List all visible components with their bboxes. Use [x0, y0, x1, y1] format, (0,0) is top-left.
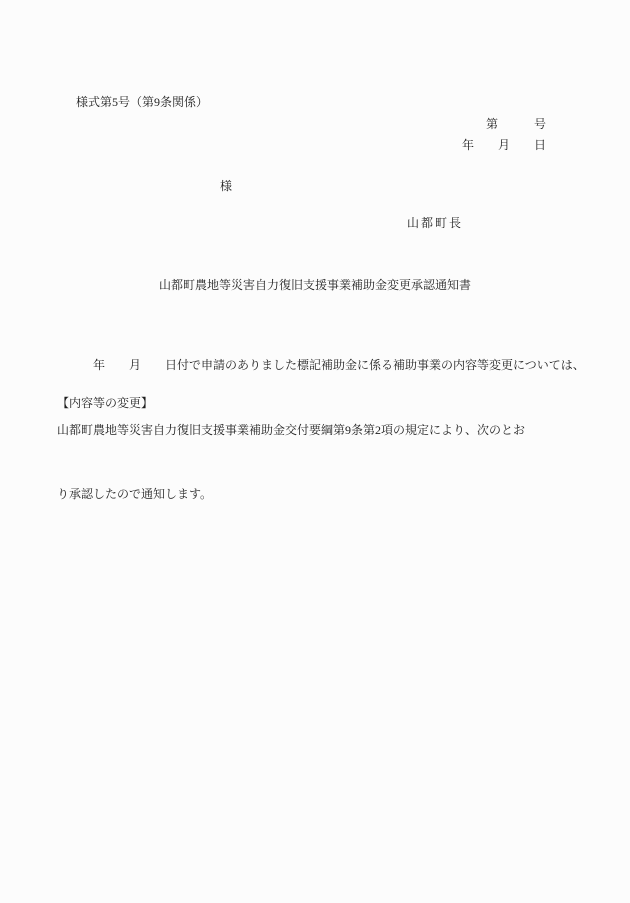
- form-number-label: 様式第5号（第9条関係）: [76, 95, 208, 110]
- section-heading: 【内容等の変更】: [57, 396, 153, 411]
- document-number-label: 第 号: [486, 117, 546, 132]
- document-title: 山都町農地等災害自力復旧支援事業補助金変更承認通知書: [0, 278, 630, 293]
- date-label: 年 月 日: [462, 138, 546, 153]
- addressee-honorific: 様: [220, 179, 232, 194]
- body-line-2: 山都町農地等災害自力復旧支援事業補助金交付要綱第9条第2項の規定により、次のとお: [57, 420, 617, 442]
- body-paragraph: 年 月 日付で申請のありました標記補助金に係る補助事業の内容等変更については、 …: [57, 312, 617, 549]
- document-page: 様式第5号（第9条関係） 第 号 年 月 日 様 山都町長 山都町農地等災害自力…: [0, 0, 630, 903]
- sender-title: 山都町長: [407, 216, 463, 231]
- body-line-3: り承認したので通知します。: [57, 484, 617, 506]
- body-line-1: 年 月 日付で申請のありました標記補助金に係る補助事業の内容等変更については、: [57, 355, 617, 377]
